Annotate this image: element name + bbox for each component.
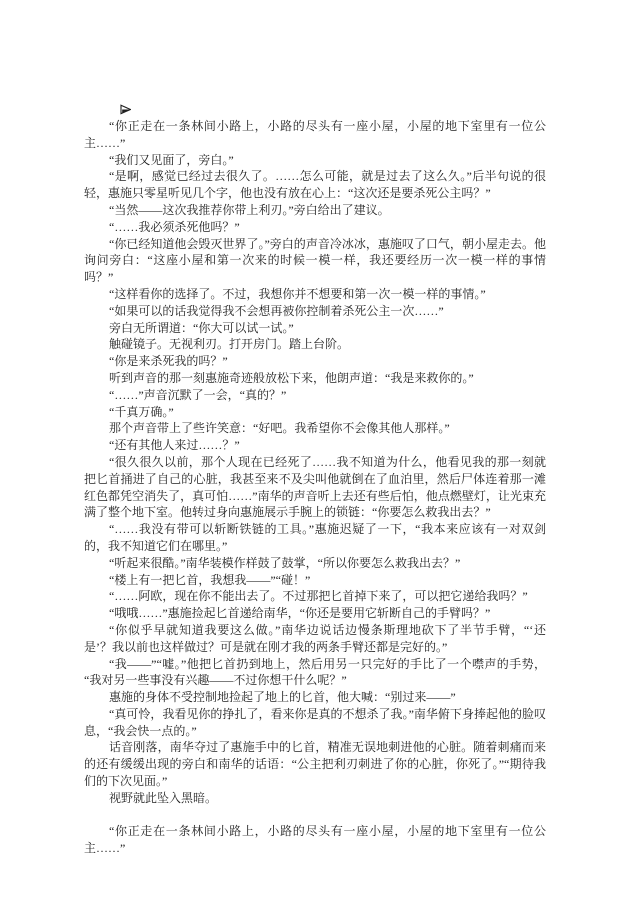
story-paragraph: “听起来很酷。”南华装模作样鼓了鼓掌，“所以你要怎么救我出去？” — [84, 555, 546, 572]
story-paragraph: “……我必须杀死他吗？” — [84, 219, 546, 236]
story-paragraph: 视野就此坠入黑暗。 — [84, 790, 546, 807]
story-paragraph: “哦哦……”惠施捡起匕首递给南华，“你还是要用它斩断自己的手臂吗？” — [84, 605, 546, 622]
story-paragraph: “当然——这次我推荐你带上利刃。”旁白给出了建议。 — [84, 202, 546, 219]
story-text: “你正走在一条林间小路上，小路的尽头有一座小屋，小屋的地下室里有一位公主……”“… — [84, 118, 546, 857]
arrowhead-right-bullet-icon — [120, 101, 131, 118]
story-paragraph: 旁白无所谓道：“你大可以试一试。” — [84, 320, 546, 337]
story-paragraph: “……我没有带可以斩断铁链的工具。”惠施迟疑了一下，“我本来应该有一对双剑的，我… — [84, 521, 546, 555]
story-paragraph: 触碰镜子。无视利刃。打开房门。踏上台阶。 — [84, 336, 546, 353]
story-paragraph: “是啊，感觉已经过去很久了。……怎么可能，就是过去了这么久。”后半句说的很轻，惠… — [84, 168, 546, 202]
story-paragraph: 惠施的身体不受控制地捡起了地上的匕首，他大喊：“别过来——” — [84, 689, 546, 706]
story-paragraph: “你正走在一条林间小路上，小路的尽头有一座小屋，小屋的地下室里有一位公主……” — [84, 118, 546, 152]
story-paragraph: “我——”“嘘。”他把匕首扔到地上，然后用另一只完好的手比了一个噤声的手势，“我… — [84, 656, 546, 690]
story-paragraph: “你正走在一条林间小路上，小路的尽头有一座小屋，小屋的地下室里有一位公主……” — [84, 823, 546, 857]
story-paragraph: “……阿欧，现在你不能出去了。不过那把匕首掉下来了，可以把它递给我吗？” — [84, 588, 546, 605]
story-paragraph: “你是来杀死我的吗？” — [84, 353, 546, 370]
story-paragraph: “我们又见面了，旁白。” — [84, 152, 546, 169]
story-paragraph: “还有其他人来过……？” — [84, 437, 546, 454]
document-viewport: { "page": { "background": "#ffffff", "te… — [0, 0, 640, 905]
text-block: “你正走在一条林间小路上，小路的尽头有一座小屋，小屋的地下室里有一位公主……”“… — [84, 101, 546, 857]
story-paragraph: “你似乎早就知道我要这么做。”南华边说话边慢条斯理地砍下了半节手臂，“‘还是’？… — [84, 622, 546, 656]
story-paragraph: “楼上有一把匕首，我想我——”“碰！” — [84, 572, 546, 589]
story-paragraph: 那个声音带上了些许笑意：“好吧。我希望你不会像其他人那样。” — [84, 420, 546, 437]
story-paragraph: “……”声音沉默了一会，“真的？” — [84, 387, 546, 404]
story-paragraph: “如果可以的话我觉得我不会想再被你控制着杀死公主一次……” — [84, 303, 546, 320]
story-paragraph: “这样看你的选择了。不过，我想你并不想要和第一次一模一样的事情。” — [84, 286, 546, 303]
story-paragraph: 话音刚落，南华夺过了惠施手中的匕首，精准无误地刺进他的心脏。随着刺痛而来的还有缓… — [84, 739, 546, 789]
document-page: “你正走在一条林间小路上，小路的尽头有一座小屋，小屋的地下室里有一位公主……”“… — [0, 0, 640, 905]
story-paragraph: “千真万确。” — [84, 404, 546, 421]
list-bullet-line — [84, 101, 546, 118]
story-paragraph: 听到声音的那一刻惠施奇迹般放松下来，他朗声道：“我是来救你的。” — [84, 370, 546, 387]
blank-line — [84, 807, 546, 824]
story-paragraph: “很久很久以前，那个人现在已经死了……我不知道为什么，他看见我的那一刻就把匕首捅… — [84, 454, 546, 521]
story-paragraph: “真可怜，我看见你的挣扎了，看来你是真的不想杀了我。”南华俯下身捧起他的脸叹息，… — [84, 706, 546, 740]
story-paragraph: “你已经知道他会毁灭世界了。”旁白的声音冷冰冰，惠施叹了口气，朝小屋走去。他询问… — [84, 236, 546, 286]
